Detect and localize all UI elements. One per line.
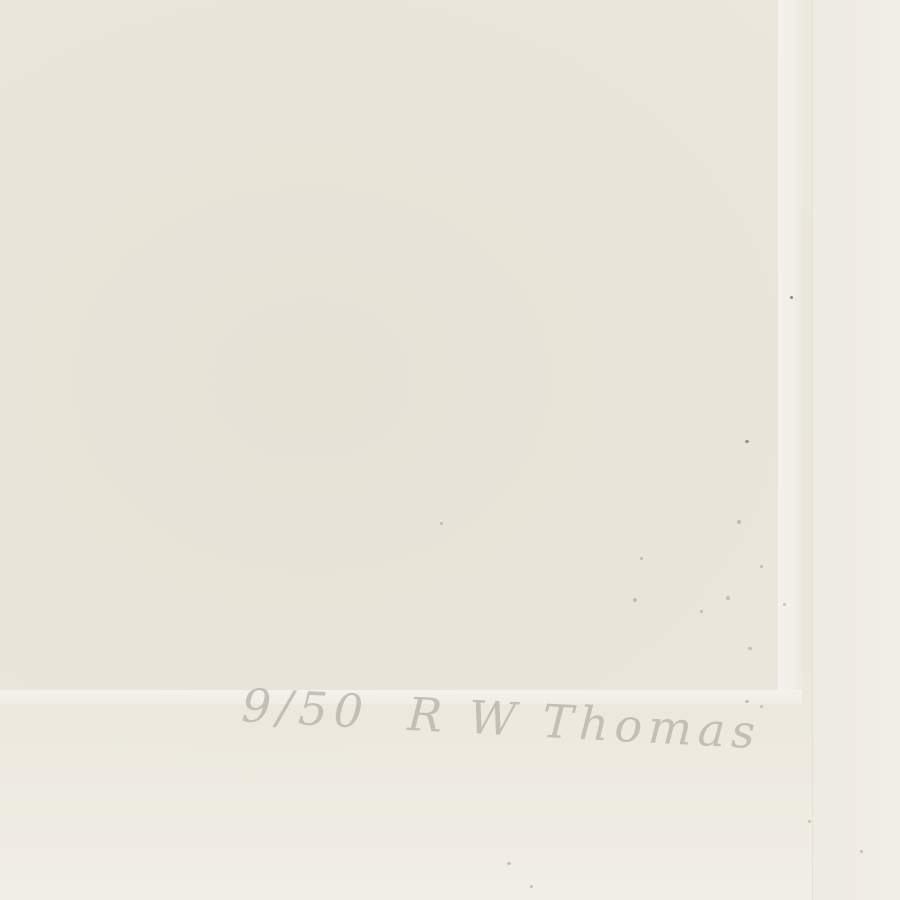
plate-mark-right [778, 0, 802, 700]
paper-margin-right [812, 0, 900, 900]
edition-number: 9/50 [240, 678, 370, 739]
plate-image-area [0, 0, 778, 690]
